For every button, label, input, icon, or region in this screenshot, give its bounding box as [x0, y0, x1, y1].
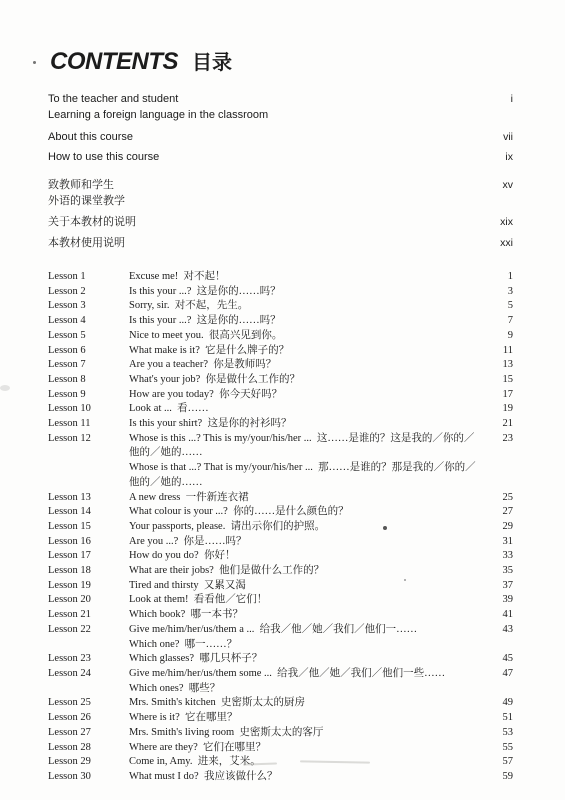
page-number: 55 [479, 741, 513, 756]
lesson-title: What are their jobs? 他们是做什么工作的？ [129, 564, 479, 579]
page-number: 19 [479, 402, 513, 417]
front-matter-line: 本教材使用说明 [48, 236, 477, 252]
lesson-number-label: Lesson 27 [48, 726, 129, 741]
lesson-number-label: Lesson 11 [48, 417, 129, 432]
lesson-entry: Lesson 30What must I do? 我应该做什么？59 [48, 770, 513, 785]
lesson-title: Come in, Amy. 进来，艾米。 [129, 755, 479, 770]
lesson-number-label: Lesson 24 [48, 667, 129, 682]
lesson-title: What colour is your ...? 你的……是什么颜色的？ [129, 505, 479, 520]
lesson-entry: Lesson 9How are you today? 你今天好吗？17 [48, 388, 513, 403]
lesson-entry-continuation: Which ones? 哪些？ [48, 682, 513, 697]
page-number: 43 [479, 623, 513, 638]
lessons: Lesson 1Excuse me! 对不起！1Lesson 2Is this … [48, 270, 513, 785]
page-number: 23 [479, 432, 513, 447]
front-matter: To the teacher and studentLearning a for… [48, 92, 513, 251]
page-number: 25 [479, 491, 513, 506]
lesson-entry: Lesson 27Mrs. Smith's living room 史密斯太太的… [48, 726, 513, 741]
page-number: xv [477, 178, 513, 194]
lesson-number-label: Lesson 18 [48, 564, 129, 579]
page-number: 33 [479, 549, 513, 564]
lesson-entry: Lesson 7Are you a teacher? 你是教师吗？13 [48, 358, 513, 373]
page-number: 53 [479, 726, 513, 741]
page-number: 27 [479, 505, 513, 520]
lesson-entry: Lesson 15Your passports, please. 请出示你们的护… [48, 520, 513, 535]
page-number: 41 [479, 608, 513, 623]
lesson-title: Give me/him/her/us/them some ... 给我／他／她／… [129, 667, 479, 682]
lesson-number-label: Lesson 8 [48, 373, 129, 388]
lesson-entry: Lesson 5Nice to meet you. 很高兴见到你。9 [48, 329, 513, 344]
page-number: 3 [479, 285, 513, 300]
lesson-title: Tired and thirsty 又累又渴 [129, 579, 479, 594]
page-number: 1 [479, 270, 513, 285]
page-number: 15 [479, 373, 513, 388]
lesson-title: Which glasses? 哪几只杯子？ [129, 652, 479, 667]
lesson-number-label: Lesson 25 [48, 696, 129, 711]
lesson-entry-continuation: Which one? 哪一……？ [48, 638, 513, 653]
lesson-title-line2: Which ones? 哪些？ [129, 682, 479, 697]
front-matter-line: 外语的课堂教学 [48, 194, 477, 210]
lesson-title: Give me/him/her/us/them a ... 给我／他／她／我们／… [129, 623, 479, 638]
lesson-title: Is this your ...? 这是你的……吗？ [129, 314, 479, 329]
lesson-number-label: Lesson 12 [48, 432, 129, 447]
page-title-english: CONTENTS [50, 48, 178, 77]
lesson-entry: Lesson 4Is this your ...? 这是你的……吗？7 [48, 314, 513, 329]
lesson-title: Is this your ...? 这是你的……吗？ [129, 285, 479, 300]
lesson-number-label: Lesson 14 [48, 505, 129, 520]
lesson-entry-continuation: Whose is that ...? That is my/your/his/h… [48, 461, 513, 490]
lesson-title: Excuse me! 对不起！ [129, 270, 479, 285]
front-matter-entry: 致教师和学生外语的课堂教学xv [48, 178, 513, 209]
page-number: xxi [477, 236, 513, 252]
lesson-title: Your passports, please. 请出示你们的护照。 [129, 520, 479, 535]
lesson-entry: Lesson 29Come in, Amy. 进来，艾米。57 [48, 755, 513, 770]
lesson-entry: Lesson 28Where are they? 它们在哪里？55 [48, 741, 513, 756]
lesson-entry: Lesson 24Give me/him/her/us/them some ..… [48, 667, 513, 682]
lesson-number-label: Lesson 5 [48, 329, 129, 344]
contents-page: CONTENTS 目录 To the teacher and studentLe… [0, 0, 565, 800]
lesson-number-label: Lesson 28 [48, 741, 129, 756]
lesson-title-line2: Whose is that ...? That is my/your/his/h… [129, 461, 479, 490]
page-number: vii [477, 130, 513, 146]
lesson-title: Nice to meet you. 很高兴见到你。 [129, 329, 479, 344]
lesson-entry: Lesson 6What make is it? 它是什么牌子的？11 [48, 344, 513, 359]
page-number: 47 [479, 667, 513, 682]
lesson-title: Are you ...? 你是……吗？ [129, 535, 479, 550]
front-matter-line: How to use this course [48, 150, 477, 166]
page-number: 59 [479, 770, 513, 785]
front-matter-line: 关于本教材的说明 [48, 215, 477, 231]
lesson-title: Where is it? 它在哪里？ [129, 711, 479, 726]
lesson-number-label: Lesson 13 [48, 491, 129, 506]
front-matter-line: To the teacher and student [48, 92, 477, 108]
lesson-title: A new dress 一件新连衣裙 [129, 491, 479, 506]
lesson-number-label: Lesson 1 [48, 270, 129, 285]
front-matter-entry: 关于本教材的说明xix [48, 215, 513, 231]
lesson-entry: Lesson 17How do you do? 你好！33 [48, 549, 513, 564]
front-matter-lines: To the teacher and studentLearning a for… [48, 92, 477, 123]
page-number: 45 [479, 652, 513, 667]
lesson-number-label: Lesson 17 [48, 549, 129, 564]
page-number: i [477, 92, 513, 108]
lesson-entry: Lesson 14What colour is your ...? 你的……是什… [48, 505, 513, 520]
lesson-number-label: Lesson 26 [48, 711, 129, 726]
lesson-number-label: Lesson 22 [48, 623, 129, 638]
page-number: 11 [479, 344, 513, 359]
lesson-title: Look at ... 看…… [129, 402, 479, 417]
lesson-number-label: Lesson 16 [48, 535, 129, 550]
page-number: xix [477, 215, 513, 231]
lesson-title-line2: Which one? 哪一……？ [129, 638, 479, 653]
lesson-number-label: Lesson 21 [48, 608, 129, 623]
page-number: 57 [479, 755, 513, 770]
lesson-title: Mrs. Smith's living room 史密斯太太的客厅 [129, 726, 479, 741]
page-number: 17 [479, 388, 513, 403]
lesson-entry: Lesson 10Look at ... 看……19 [48, 402, 513, 417]
scan-speck [33, 61, 36, 64]
page-title-chinese: 目录 [192, 46, 232, 75]
page-number: 21 [479, 417, 513, 432]
front-matter-line: 致教师和学生 [48, 178, 477, 194]
lesson-title: Which book? 哪一本书？ [129, 608, 479, 623]
front-matter-lines: 关于本教材的说明 [48, 215, 477, 231]
lesson-entry: Lesson 23Which glasses? 哪几只杯子？45 [48, 652, 513, 667]
lesson-title: Whose is this ...? This is my/your/his/h… [129, 432, 479, 461]
lesson-entry: Lesson 25Mrs. Smith's kitchen 史密斯太太的厨房49 [48, 696, 513, 711]
lesson-entry: Lesson 18What are their jobs? 他们是做什么工作的？… [48, 564, 513, 579]
front-matter-line: About this course [48, 130, 477, 146]
lesson-title: Mrs. Smith's kitchen 史密斯太太的厨房 [129, 696, 479, 711]
front-matter-lines: 本教材使用说明 [48, 236, 477, 252]
page-number: ix [477, 150, 513, 166]
scan-speck [383, 526, 387, 530]
page-number: 49 [479, 696, 513, 711]
scan-smudge [0, 385, 10, 391]
lesson-entry: Lesson 26Where is it? 它在哪里？51 [48, 711, 513, 726]
lesson-title: What must I do? 我应该做什么？ [129, 770, 479, 785]
lesson-entry: Lesson 19Tired and thirsty 又累又渴37 [48, 579, 513, 594]
lesson-number-label: Lesson 23 [48, 652, 129, 667]
front-matter-lines: How to use this course [48, 150, 477, 166]
page-number: 13 [479, 358, 513, 373]
front-matter-lines: About this course [48, 130, 477, 146]
lesson-entry: Lesson 20Look at them! 看看他／它们！39 [48, 593, 513, 608]
lesson-title: Are you a teacher? 你是教师吗？ [129, 358, 479, 373]
lesson-entry: Lesson 13A new dress 一件新连衣裙25 [48, 491, 513, 506]
lesson-entry: Lesson 21Which book? 哪一本书？41 [48, 608, 513, 623]
lesson-title: How do you do? 你好！ [129, 549, 479, 564]
lesson-number-label: Lesson 29 [48, 755, 129, 770]
lesson-title: Is this your shirt? 这是你的衬衫吗？ [129, 417, 479, 432]
page-number: 5 [479, 299, 513, 314]
lesson-number-label: Lesson 10 [48, 402, 129, 417]
lesson-number-label: Lesson 7 [48, 358, 129, 373]
lesson-title: What's your job? 你是做什么工作的？ [129, 373, 479, 388]
page-number: 31 [479, 535, 513, 550]
page-number: 35 [479, 564, 513, 579]
front-matter-line: Learning a foreign language in the class… [48, 108, 477, 124]
front-matter-entry: To the teacher and studentLearning a for… [48, 92, 513, 123]
lesson-number-label: Lesson 6 [48, 344, 129, 359]
lesson-entry: Lesson 2Is this your ...? 这是你的……吗？3 [48, 285, 513, 300]
lesson-number-label: Lesson 19 [48, 579, 129, 594]
page-number: 39 [479, 593, 513, 608]
page-number: 7 [479, 314, 513, 329]
front-matter-entry: 本教材使用说明xxi [48, 236, 513, 252]
lesson-title: Where are they? 它们在哪里？ [129, 741, 479, 756]
lesson-number-label: Lesson 3 [48, 299, 129, 314]
lesson-title: Look at them! 看看他／它们！ [129, 593, 479, 608]
lesson-title: How are you today? 你今天好吗？ [129, 388, 479, 403]
lesson-entry: Lesson 12Whose is this ...? This is my/y… [48, 432, 513, 461]
lesson-title: Sorry, sir. 对不起，先生。 [129, 299, 479, 314]
lesson-entry: Lesson 3Sorry, sir. 对不起，先生。5 [48, 299, 513, 314]
page-number: 9 [479, 329, 513, 344]
lesson-entry: Lesson 22Give me/him/her/us/them a ... 给… [48, 623, 513, 638]
lesson-entry: Lesson 11Is this your shirt? 这是你的衬衫吗？21 [48, 417, 513, 432]
lesson-title: What make is it? 它是什么牌子的？ [129, 344, 479, 359]
lesson-number-label: Lesson 9 [48, 388, 129, 403]
page-title: CONTENTS 目录 [50, 46, 513, 76]
lesson-entry: Lesson 8What's your job? 你是做什么工作的？15 [48, 373, 513, 388]
front-matter-lines: 致教师和学生外语的课堂教学 [48, 178, 477, 209]
lesson-number-label: Lesson 20 [48, 593, 129, 608]
lesson-number-label: Lesson 30 [48, 770, 129, 785]
front-matter-entry: About this coursevii [48, 130, 513, 146]
lesson-number-label: Lesson 4 [48, 314, 129, 329]
lesson-entry: Lesson 1Excuse me! 对不起！1 [48, 270, 513, 285]
lesson-entry: Lesson 16Are you ...? 你是……吗？31 [48, 535, 513, 550]
lesson-number-label: Lesson 15 [48, 520, 129, 535]
page-number: 29 [479, 520, 513, 535]
scan-speck [404, 579, 406, 581]
page-number: 51 [479, 711, 513, 726]
page-number: 37 [479, 579, 513, 594]
lesson-number-label: Lesson 2 [48, 285, 129, 300]
front-matter-entry: How to use this courseix [48, 150, 513, 166]
